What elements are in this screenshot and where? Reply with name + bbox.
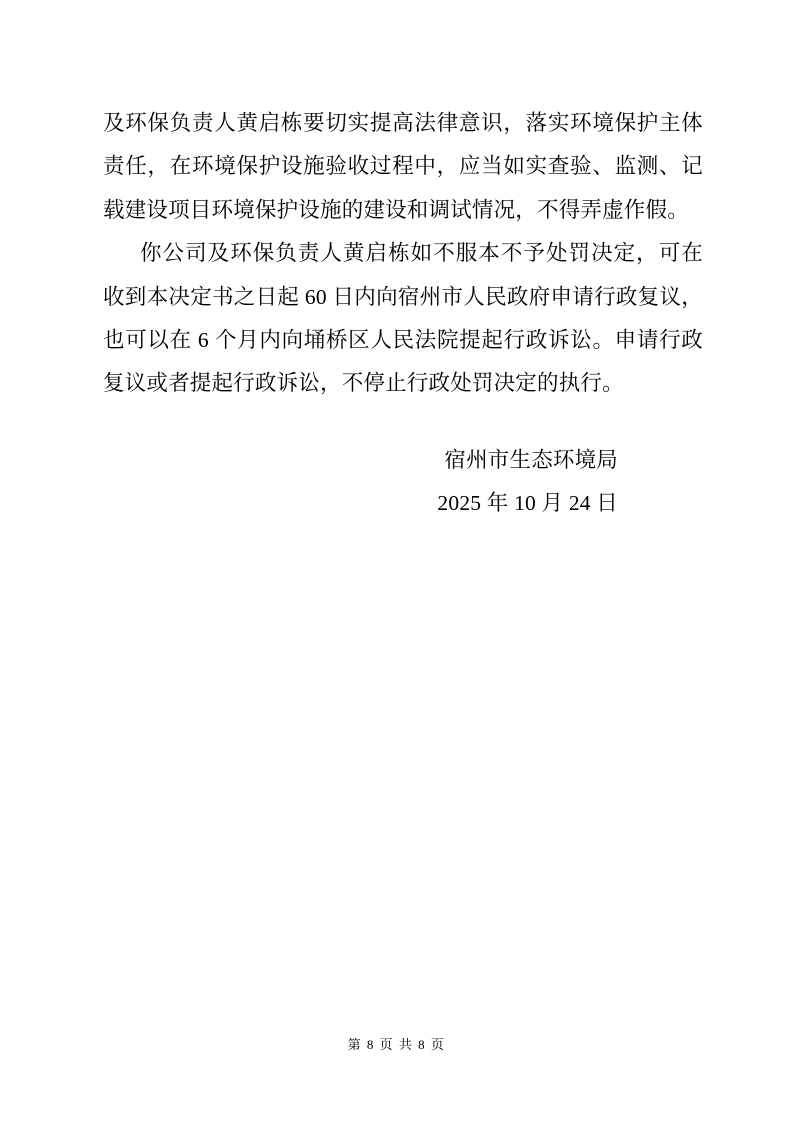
signature-agency: 宿州市生态环境局 (103, 439, 618, 482)
signature-block: 宿州市生态环境局 2025 年 10 月 24 日 (103, 439, 703, 526)
signature-date: 2025 年 10 月 24 日 (103, 482, 618, 525)
body-paragraph-appeal-rights: 你公司及环保负责人黄启栋如不服本不予处罚决定，可在收到本决定书之日起 60 日内… (103, 232, 703, 406)
page-number: 第 8 页 共 8 页 (0, 1036, 793, 1054)
document-body: 及环保负责人黄启栋要切实提高法律意识，落实环境保护主体责任，在环境保护设施验收过… (103, 102, 703, 526)
document-page: 及环保负责人黄启栋要切实提高法律意识，落实环境保护主体责任，在环境保护设施验收过… (0, 0, 793, 1122)
body-paragraph-continuation: 及环保负责人黄启栋要切实提高法律意识，落实环境保护主体责任，在环境保护设施验收过… (103, 102, 703, 232)
